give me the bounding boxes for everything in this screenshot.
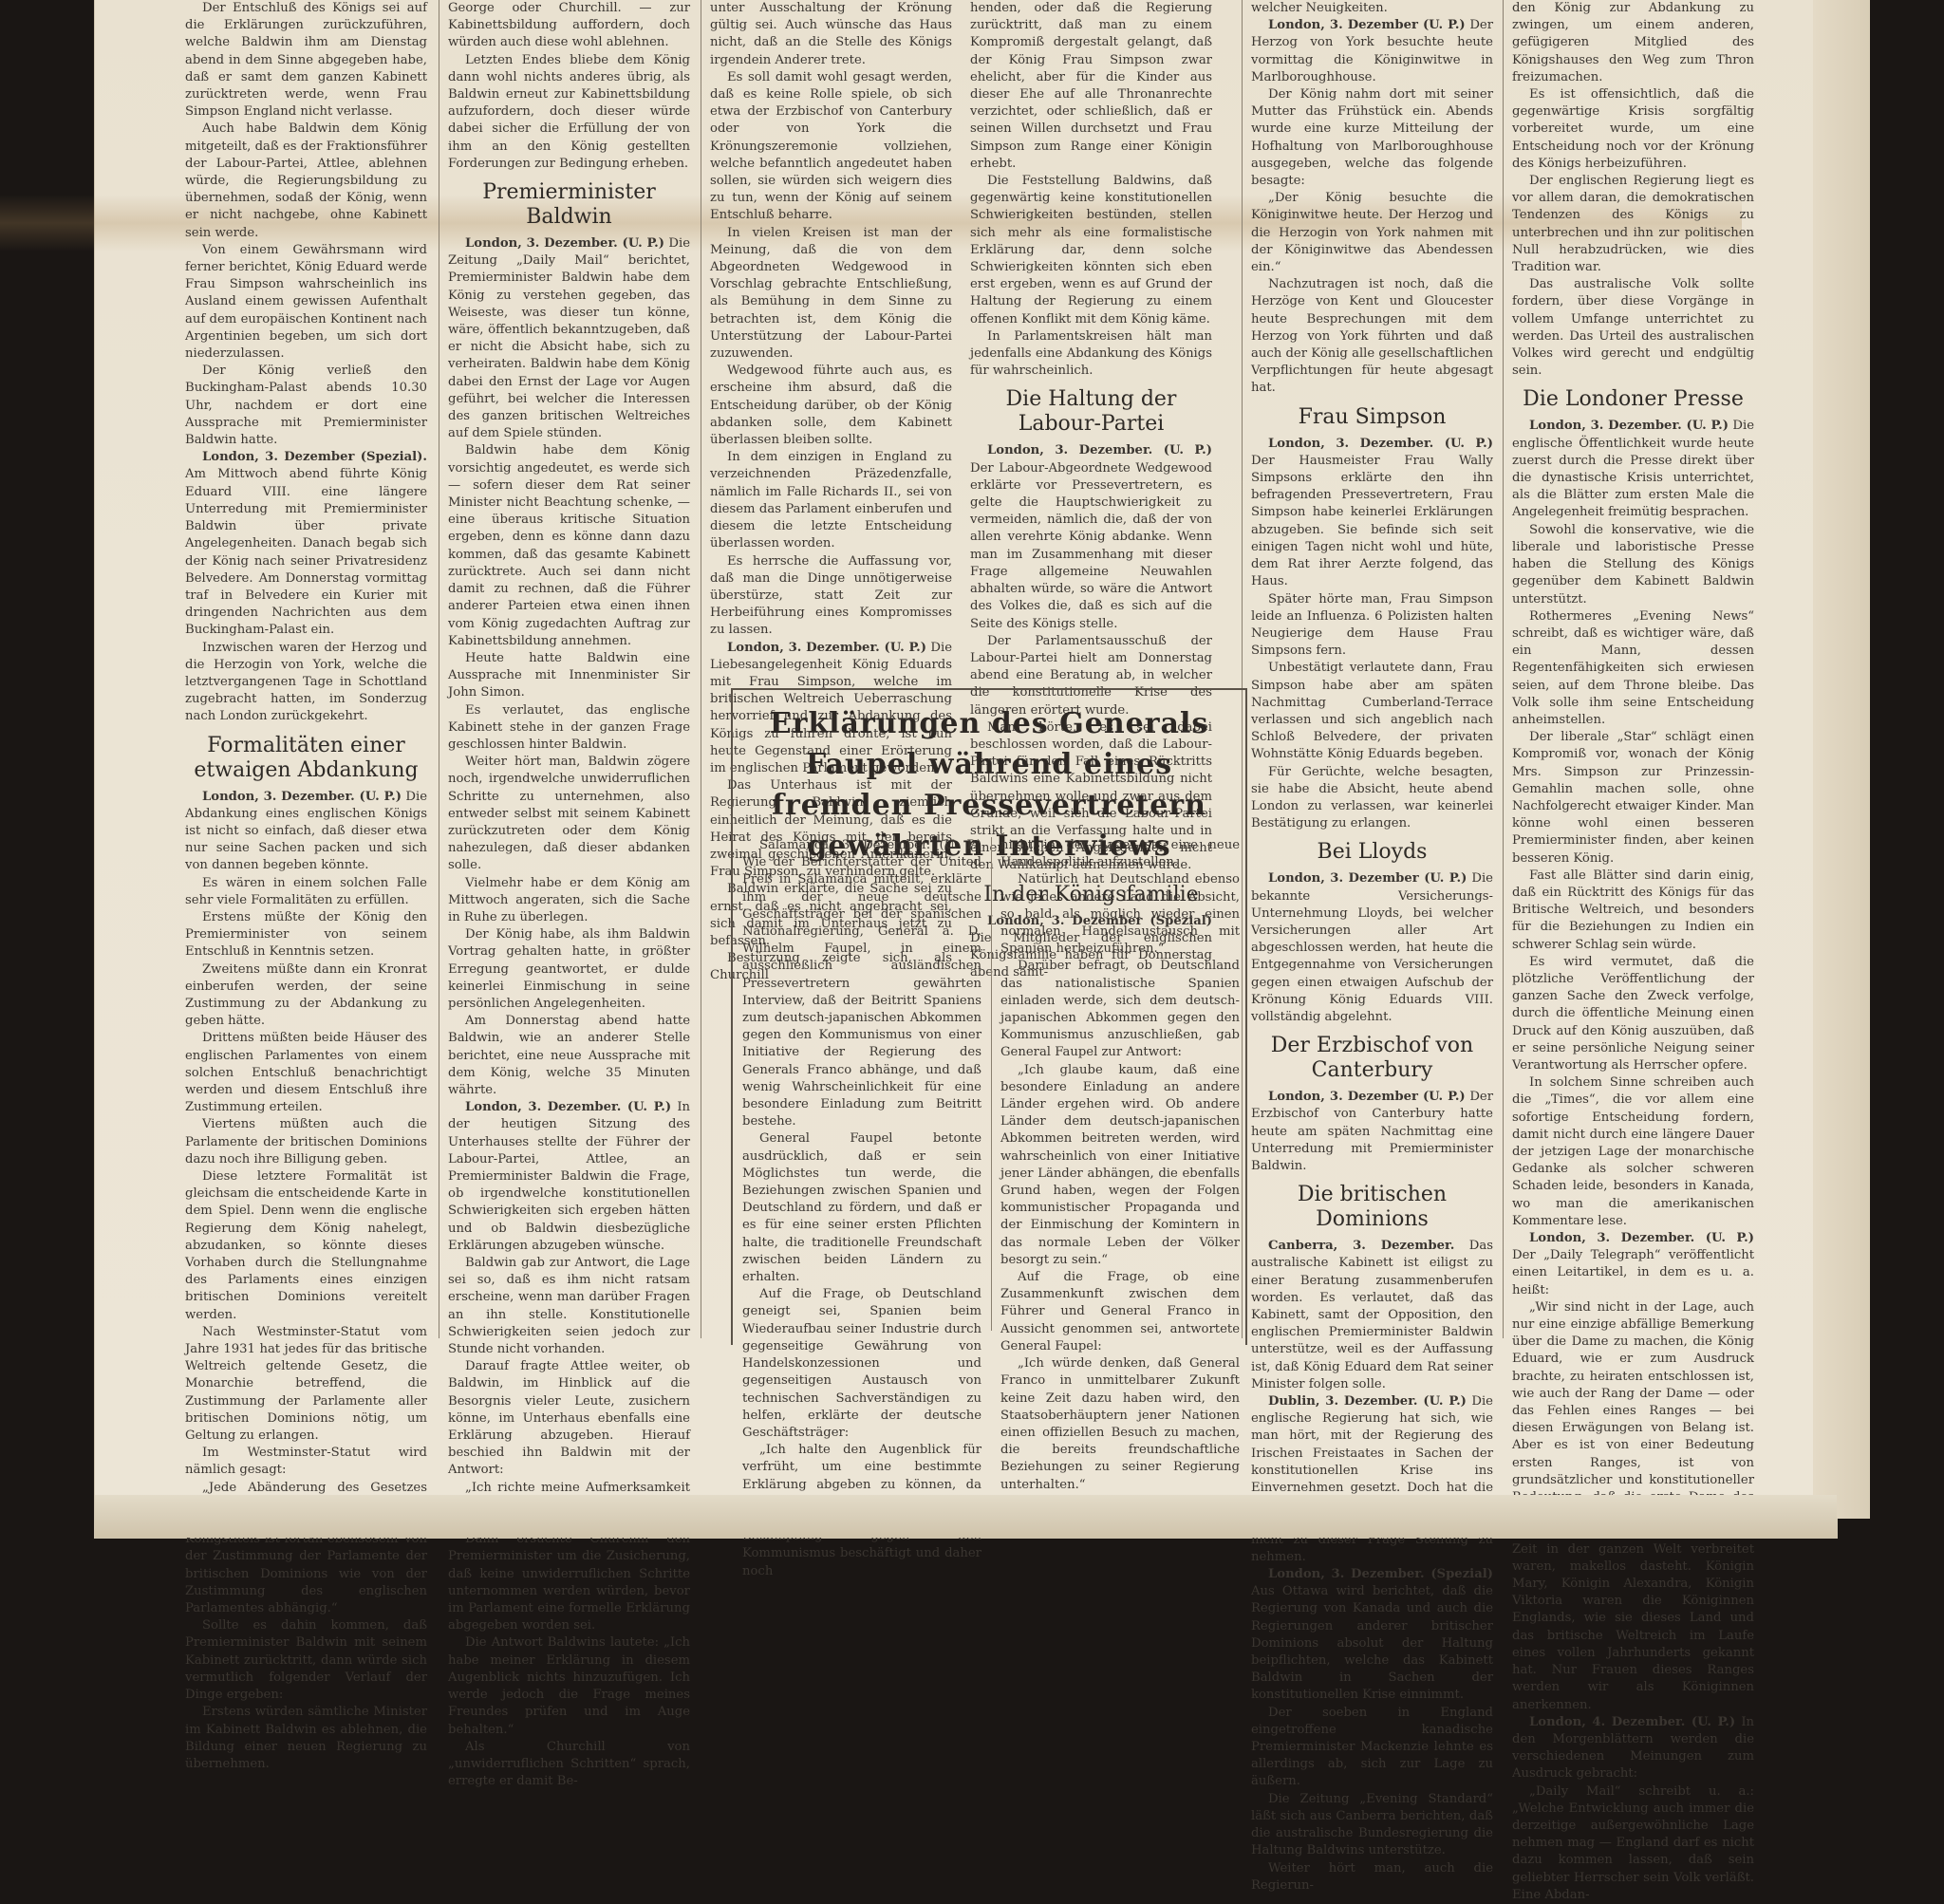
paragraph-text: „Der König besuchte die Königinwitwe heu… <box>1251 191 1493 274</box>
article-paragraph: Im Westminster-Statut wird nämlich gesag… <box>185 1445 427 1479</box>
article-headline: Bei Lloyds <box>1251 840 1493 865</box>
paragraph-text: Inzwischen waren der Herzog und die Herz… <box>185 641 427 724</box>
dateline: London, 3. Dezember. (U. P.) <box>465 236 664 251</box>
paragraph-text: In solchem Sinne schreiben auch die „Tim… <box>1512 1075 1754 1228</box>
column-1: Der Entschluß des Königs sei auf die Erk… <box>185 0 427 1560</box>
paragraph-text: Der König nahm dort mit seiner Mutter da… <box>1251 87 1493 188</box>
paragraph-text: General Faupel betonte ausdrücklich, daß… <box>742 1131 981 1284</box>
article-paragraph: Der König nahm dort mit seiner Mutter da… <box>1251 86 1493 190</box>
article-paragraph: Auch habe Baldwin dem König mitgeteilt, … <box>185 121 427 241</box>
article-paragraph: welcher Neuigkeiten. <box>1251 0 1493 17</box>
article-paragraph: Nach Westminster-Statut vom Jahre 1931 h… <box>185 1324 427 1445</box>
article-paragraph: In dem einzigen in England zu verzeichne… <box>710 449 952 552</box>
paragraph-text: In vielen Kreisen ist man der Meinung, d… <box>710 226 952 361</box>
article-paragraph: Auf die Frage, ob Deutschland geneigt se… <box>742 1286 981 1442</box>
article-paragraph: Die Feststellung Baldwins, daß gegenwärt… <box>970 173 1212 328</box>
article-paragraph: London, 3. Dezember (U. P.) Die bekannte… <box>1251 870 1493 1026</box>
column-rule <box>1503 0 1504 1338</box>
paragraph-text: Unbestätigt verlautete dann, Frau Simpso… <box>1251 661 1493 761</box>
article-paragraph: London, 3. Dezember. (U. P.) Der Hausmei… <box>1251 436 1493 591</box>
paragraph-text: Der König habe, als ihm Baldwin Vortrag … <box>448 927 690 1011</box>
article-paragraph: Weiter hört man, Baldwin zögere noch, ir… <box>448 754 690 874</box>
paragraph-text: Für Gerüchte, welche besagten, sie habe … <box>1251 765 1493 831</box>
article-headline: Frau Simpson <box>1251 405 1493 430</box>
article-paragraph: Salamanca, 3. Dezember. (U. P.) Wie der … <box>742 837 981 1130</box>
paragraph-text: Im Westminster-Statut wird nämlich gesag… <box>185 1446 427 1477</box>
paragraph-text: Weiter hört man, Baldwin zögere noch, ir… <box>448 755 690 872</box>
article-paragraph: Der Entschluß des Königs sei auf die Erk… <box>185 0 427 121</box>
article-paragraph: Rothermeres „Evening News“ schreibt, daß… <box>1512 608 1754 729</box>
paragraph-text: Das australische Volk sollte fordern, üb… <box>1512 277 1754 378</box>
paragraph-text: Vielmehr habe er dem König am Mittwoch a… <box>448 876 690 924</box>
column-6: den König zur Abdankung zu zwingen, um e… <box>1512 0 1754 1560</box>
article-paragraph: Der König verließ den Buckingham-Palast … <box>185 363 427 449</box>
article-headline: Die Londoner Presse <box>1512 387 1754 412</box>
article-paragraph: Es herrsche die Auffassung vor, daß man … <box>710 553 952 640</box>
dateline: Canberra, 3. Dezember. <box>1268 1239 1454 1253</box>
paragraph-text: George oder Churchill. — zur Kabinettsbi… <box>448 1 690 49</box>
paragraph-text: Darüber befragt, ob Deutschland das nati… <box>1000 959 1240 1059</box>
column-2: George oder Churchill. — zur Kabinettsbi… <box>448 0 690 1560</box>
paragraph-text: Baldwin gab zur Antwort, die Lage sei so… <box>448 1256 690 1356</box>
article-paragraph: London, 3. Dezember. (U. P.) Der „Daily … <box>1512 1230 1754 1299</box>
article-paragraph: Erstens müßte der König den Premierminis… <box>185 909 427 961</box>
paragraph-text: Der Hausmeister Frau Wally Simpsons erkl… <box>1251 454 1493 588</box>
article-paragraph: London, 3. Dezember. (U. P.) Die Zeitung… <box>448 235 690 442</box>
article-paragraph: Heute hatte Baldwin eine Aussprache mit … <box>448 650 690 702</box>
article-paragraph: In Parlamentskreisen hält man jedenfalls… <box>970 328 1212 381</box>
dateline: London, 3. Dezember. (U. P.) <box>1268 437 1493 451</box>
paragraph-text: Letzten Endes bliebe dem König dann wohl… <box>448 53 690 171</box>
article-paragraph: Auf die Frage, ob eine Zusammenkunft zwi… <box>1000 1269 1240 1355</box>
paragraph-text: welcher Neuigkeiten. <box>1251 1 1388 15</box>
paragraph-text: Später hörte man, Frau Simpson leide an … <box>1251 592 1493 659</box>
article-paragraph: Zweitens müßte dann ein Kronrat einberuf… <box>185 961 427 1031</box>
dateline: London, 3. Dezember. (U. P.) <box>987 443 1212 457</box>
paragraph-text: Der Labour-Abgeordnete Wedgewood erklärt… <box>970 461 1212 631</box>
article-paragraph: Natürlich hat Deutschland ebenso wie jed… <box>1000 871 1240 958</box>
paragraph-text: Am Donnerstag abend hatte Baldwin, wie a… <box>448 1014 690 1097</box>
dateline: London, 3. Dezember (U. P.) <box>1268 1090 1466 1104</box>
paragraph-text: Der König verließ den Buckingham-Palast … <box>185 364 427 447</box>
paragraph-text: Die Zeitung „Daily Mail“ berichtet, Prem… <box>448 236 690 440</box>
paragraph-text: Am Mittwoch abend führte König Eduard VI… <box>185 467 427 637</box>
page-bottom-edge <box>95 1495 1837 1538</box>
paragraph-text: Die Feststellung Baldwins, daß gegenwärt… <box>970 174 1212 327</box>
paragraph-text: Nach Westminster-Statut vom Jahre 1931 h… <box>185 1325 427 1443</box>
paragraph-text: Es soll damit wohl gesagt werden, daß es… <box>710 70 952 223</box>
paragraph-text: Von einem Gewährsmann wird ferner berich… <box>185 243 427 361</box>
article-paragraph: Inzwischen waren der Herzog und die Herz… <box>185 640 427 726</box>
dateline: London, 3. Dezember. (U. P.) <box>202 790 402 804</box>
dateline: London, 3. Dezember. (U. P.) <box>465 1100 671 1114</box>
dateline: Salamanca, 3. Dezember. (U. P.) <box>759 838 981 852</box>
dateline: London, 3. Dezember. (U. P.) <box>1529 419 1729 433</box>
article-paragraph: Sowohl die konservative, wie die liberal… <box>1512 522 1754 608</box>
column-5: welcher Neuigkeiten.London, 3. Dezember … <box>1251 0 1493 1560</box>
article-paragraph: den König zur Abdankung zu zwingen, um e… <box>1512 0 1754 86</box>
article-paragraph: Fast alle Blätter sind darin einig, daß … <box>1512 868 1754 954</box>
paragraph-text: Zweitens müßte dann ein Kronrat einberuf… <box>185 962 427 1029</box>
article-paragraph: Vielmehr habe er dem König am Mittwoch a… <box>448 875 690 927</box>
article-paragraph: London, 3. Dezember. (U. P.) In der heut… <box>448 1099 690 1255</box>
paragraph-text: Natürlich hat Deutschland ebenso wie jed… <box>1000 872 1240 956</box>
article-paragraph: Das australische Volk sollte fordern, üb… <box>1512 276 1754 380</box>
paragraph-text: unter Ausschaltung der Krönung gültig se… <box>710 1 952 67</box>
article-paragraph: nicht in der Lage ist, eine neue Handels… <box>1000 837 1240 871</box>
article-paragraph: Am Donnerstag abend hatte Baldwin, wie a… <box>448 1013 690 1099</box>
paragraph-text: Es wird vermutet, daß die plötzliche Ver… <box>1512 955 1754 1073</box>
boxed-article-left-column: Salamanca, 3. Dezember. (U. P.) Wie der … <box>742 837 981 1560</box>
article-paragraph: Drittens müßten beide Häuser des englisc… <box>185 1030 427 1116</box>
article-paragraph: Es ist offensichtlich, daß die gegenwärt… <box>1512 86 1754 173</box>
article-headline: Formalitäten einer etwaigen Abdankung <box>185 734 427 783</box>
article-paragraph: Der liberale „Star“ schlägt einen Kompro… <box>1512 729 1754 868</box>
article-paragraph: Der König habe, als ihm Baldwin Vortrag … <box>448 926 690 1013</box>
article-paragraph: Der englischen Regierung liegt es vor al… <box>1512 173 1754 276</box>
article-paragraph: unter Ausschaltung der Krönung gültig se… <box>710 0 952 69</box>
paragraph-text: „Ich würde denken, daß General Franco in… <box>1000 1356 1240 1491</box>
article-paragraph: In solchem Sinne schreiben auch die „Tim… <box>1512 1074 1754 1230</box>
dateline: London, 3. Dezember (U. P.) <box>1268 18 1466 32</box>
article-paragraph: General Faupel betonte ausdrücklich, daß… <box>742 1130 981 1286</box>
paragraph-text: Es verlautet, das englische Kabinett ste… <box>448 703 690 752</box>
paragraph-text: „Ich glaube kaum, daß eine besondere Ein… <box>1000 1063 1240 1267</box>
paragraph-text: Heute hatte Baldwin eine Aussprache mit … <box>448 651 690 700</box>
article-paragraph: London, 3. Dezember. (U. P.) Die Abdanku… <box>185 789 427 875</box>
article-paragraph: Canberra, 3. Dezember. Das australische … <box>1251 1238 1493 1393</box>
article-paragraph: Es wären in einem solchen Falle sehr vie… <box>185 875 427 909</box>
article-paragraph: London, 3. Dezember (U. P.) Der Herzog v… <box>1251 17 1493 86</box>
article-paragraph: Von einem Gewährsmann wird ferner berich… <box>185 242 427 363</box>
boxed-article: Erklärungen des Generals Faupel während … <box>731 688 1247 1345</box>
article-paragraph: Später hörte man, Frau Simpson leide an … <box>1251 591 1493 661</box>
paragraph-text: In Parlamentskreisen hält man jedenfalls… <box>970 329 1212 378</box>
paragraph-text: henden, oder daß die Regierung zurücktri… <box>970 1 1212 171</box>
article-paragraph: „Der König besuchte die Königinwitwe heu… <box>1251 190 1493 276</box>
paragraph-text: Wedgewood führte auch aus, es erscheine … <box>710 364 952 447</box>
article-paragraph: Baldwin gab zur Antwort, die Lage sei so… <box>448 1255 690 1358</box>
paragraph-text: Wie der Berichterstatter der United Preß… <box>742 855 981 1129</box>
paragraph-text: Darauf fragte Attlee weiter, ob Baldwin,… <box>448 1359 690 1477</box>
article-paragraph: George oder Churchill. — zur Kabinettsbi… <box>448 0 690 52</box>
paragraph-text: Der liberale „Star“ schlägt einen Kompro… <box>1512 730 1754 865</box>
paragraph-text: Baldwin habe dem König vorsichtig angede… <box>448 443 690 647</box>
dateline: London, 3. Dezember. (U. P.) <box>1529 1231 1754 1245</box>
paragraph-text: In dem einzigen in England zu verzeichne… <box>710 450 952 551</box>
article-paragraph: Diese letztere Formalität ist gleichsam … <box>185 1168 427 1324</box>
paragraph-text: Nachzutragen ist noch, daß die Herzöge v… <box>1251 277 1493 395</box>
article-headline: Die Haltung der Labour-Partei <box>970 387 1212 437</box>
paragraph-text: Es wären in einem solchen Falle sehr vie… <box>185 876 427 907</box>
paragraph-text: Die englische Öffentlichkeit wurde heute… <box>1512 419 1754 519</box>
article-paragraph: London, 3. Dezember. (U. P.) Die englisc… <box>1512 418 1754 521</box>
paragraph-text: Der Entschluß des Königs sei auf die Erk… <box>185 1 427 119</box>
paragraph-text: Auf die Frage, ob eine Zusammenkunft zwi… <box>1000 1270 1240 1353</box>
article-paragraph: Darauf fragte Attlee weiter, ob Baldwin,… <box>448 1358 690 1479</box>
article-paragraph: London, 3. Dezember (U. P.) Der Erzbisch… <box>1251 1089 1493 1175</box>
article-paragraph: Wedgewood führte auch aus, es erscheine … <box>710 363 952 449</box>
boxed-article-right-column: nicht in der Lage ist, eine neue Handels… <box>1000 837 1240 1494</box>
article-paragraph: Viertens müßten auch die Parlamente der … <box>185 1116 427 1168</box>
paragraph-text: Diese letztere Formalität ist gleichsam … <box>185 1169 427 1322</box>
article-paragraph: Unbestätigt verlautete dann, Frau Simpso… <box>1251 660 1493 763</box>
article-paragraph: London, 3. Dezember (Spezial). Am Mittwo… <box>185 449 427 639</box>
article-paragraph: Es wird vermutet, daß die plötzliche Ver… <box>1512 954 1754 1074</box>
article-headline: Der Erzbischof von Canterbury <box>1251 1034 1493 1083</box>
paragraph-text: In der heutigen Sitzung des Unterhauses … <box>448 1100 690 1253</box>
dateline: London, 3. Dezember (U. P.) <box>1268 871 1467 886</box>
paragraph-text: Auf die Frage, ob Deutschland geneigt se… <box>742 1287 981 1440</box>
paragraph-text: Drittens müßten beide Häuser des englisc… <box>185 1031 427 1114</box>
paragraph-text: Rothermeres „Evening News“ schreibt, daß… <box>1512 609 1754 727</box>
paragraph-text: nicht in der Lage ist, eine neue Handels… <box>1000 838 1240 869</box>
dateline: London, 3. Dezember. (U. P.) <box>727 641 926 655</box>
paragraph-text: Sowohl die konservative, wie die liberal… <box>1512 523 1754 607</box>
column-rule <box>439 0 439 1338</box>
article-paragraph: „Ich glaube kaum, daß eine besondere Ein… <box>1000 1062 1240 1269</box>
article-paragraph: Letzten Endes bliebe dem König dann wohl… <box>448 52 690 173</box>
paragraph-text: Auch habe Baldwin dem König mitgeteilt, … <box>185 121 427 239</box>
article-paragraph: In vielen Kreisen ist man der Meinung, d… <box>710 225 952 364</box>
article-headline: Premierminister Baldwin <box>448 180 690 230</box>
column-rule <box>701 0 701 1338</box>
paragraph-text: Der englischen Regierung liegt es vor al… <box>1512 174 1754 274</box>
paragraph-text: Es herrsche die Auffassung vor, daß man … <box>710 554 952 638</box>
paragraph-text: den König zur Abdankung zu zwingen, um e… <box>1512 1 1754 84</box>
article-headline: Die britischen Dominions <box>1251 1183 1493 1232</box>
column-rule <box>991 837 992 1331</box>
article-paragraph: henden, oder daß die Regierung zurücktri… <box>970 0 1212 173</box>
article-paragraph: Nachzutragen ist noch, daß die Herzöge v… <box>1251 276 1493 397</box>
dateline: Dublin, 3. Dezember. (U. P.) <box>1268 1394 1467 1409</box>
paragraph-text: Viertens müßten auch die Parlamente der … <box>185 1117 427 1166</box>
article-paragraph: Es soll damit wohl gesagt werden, daß es… <box>710 69 952 225</box>
paragraph-text: Die bekannte Versicherungs-Unternehmung … <box>1251 871 1493 1024</box>
article-paragraph: Baldwin habe dem König vorsichtig angede… <box>448 442 690 649</box>
article-paragraph: Für Gerüchte, welche besagten, sie habe … <box>1251 764 1493 833</box>
paper-edge <box>1813 0 1870 1519</box>
dateline: London, 3. Dezember (Spezial). <box>202 450 427 464</box>
paragraph-text: Es ist offensichtlich, daß die gegenwärt… <box>1512 87 1754 171</box>
paragraph-text: Fast alle Blätter sind darin einig, daß … <box>1512 868 1754 952</box>
article-paragraph: London, 3. Dezember. (U. P.) Der Labour-… <box>970 442 1212 632</box>
paragraph-text: Das australische Kabinett ist eiligst zu… <box>1251 1239 1493 1391</box>
paragraph-text: Der „Daily Telegraph“ veröffentlicht ein… <box>1512 1248 1754 1297</box>
article-paragraph: Darüber befragt, ob Deutschland das nati… <box>1000 958 1240 1061</box>
article-paragraph: „Ich würde denken, daß General Franco in… <box>1000 1355 1240 1494</box>
paragraph-text: Erstens müßte der König den Premierminis… <box>185 910 427 959</box>
article-paragraph: Es verlautet, das englische Kabinett ste… <box>448 702 690 755</box>
